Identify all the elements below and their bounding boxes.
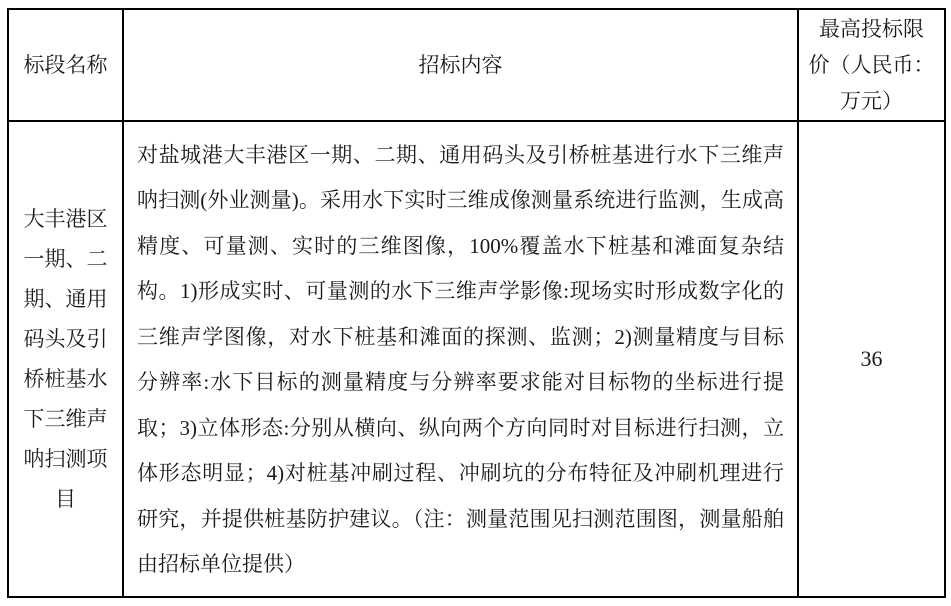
bid-content-text: 对盐城港大丰港区一期、二期、通用码头及引桥桩基进行水下三维声呐扫测(外业测量)。… [137,143,784,577]
cell-section-name: 大丰港区 一期、二 期、通用 码头及引 桥桩基水 下三维声 呐扫测项 目 [8,121,123,597]
bid-sections-table: 标段名称 招标内容 最高投标限 价（人民币： 万元） 大丰港区 一期、二 期、通… [7,8,946,598]
header-section-name: 标段名称 [8,9,123,121]
table-header-row: 标段名称 招标内容 最高投标限 价（人民币： 万元） [8,9,945,121]
header-max-price: 最高投标限 价（人民币： 万元） [798,9,945,121]
header-bid-content: 招标内容 [123,9,798,121]
max-price-value: 36 [861,346,883,371]
cell-bid-content: 对盐城港大丰港区一期、二期、通用码头及引桥桩基进行水下三维声呐扫测(外业测量)。… [123,121,798,597]
table-data-row: 大丰港区 一期、二 期、通用 码头及引 桥桩基水 下三维声 呐扫测项 目 对盐城… [8,121,945,597]
header-bid-content-label: 招标内容 [419,53,503,77]
cell-max-price: 36 [798,121,945,597]
header-max-price-label: 最高投标限 价（人民币： 万元） [809,17,935,113]
document-page: 标段名称 招标内容 最高投标限 价（人民币： 万元） 大丰港区 一期、二 期、通… [0,0,951,606]
header-section-name-label: 标段名称 [24,53,108,77]
section-name-text: 大丰港区 一期、二 期、通用 码头及引 桥桩基水 下三维声 呐扫测项 目 [24,207,108,511]
